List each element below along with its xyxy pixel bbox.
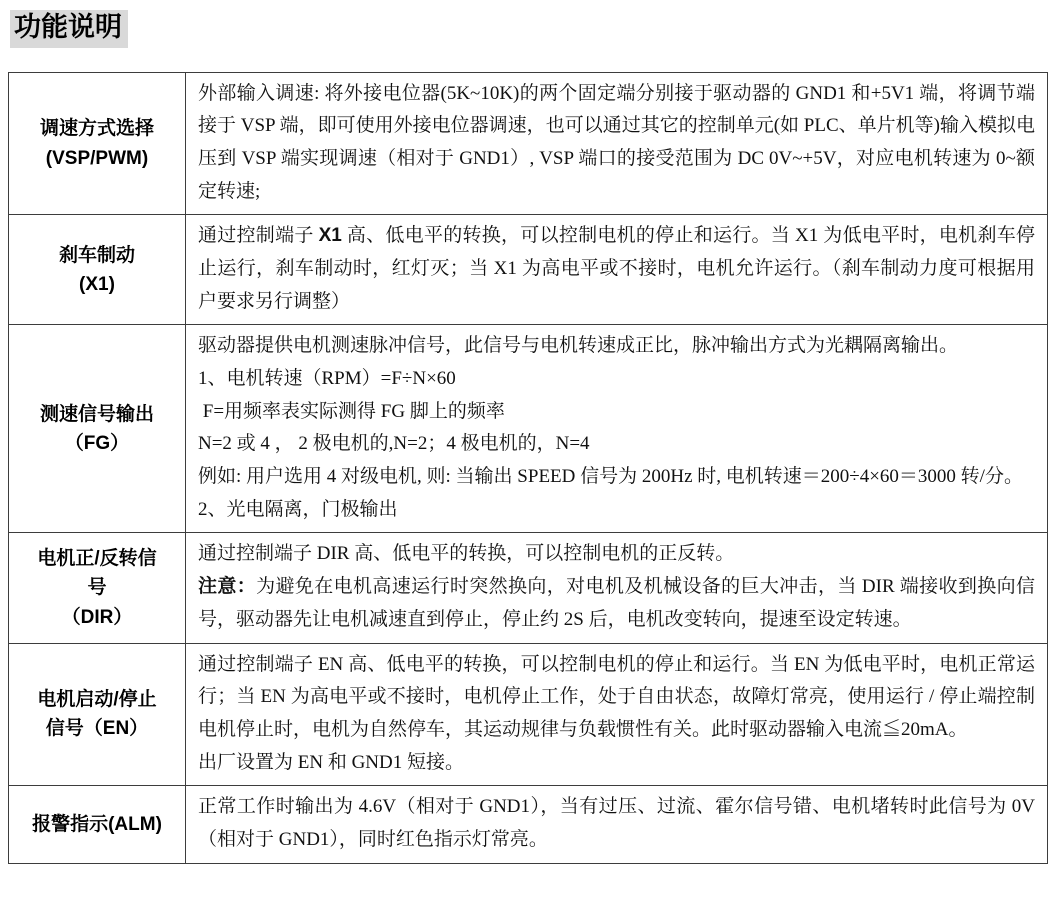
- content-paragraph: 驱动器提供电机测速脉冲信号，此信号与电机转速成正比，脉冲输出方式为光耦隔离输出。: [198, 330, 1035, 363]
- row-content-speed-signal-fg: 驱动器提供电机测速脉冲信号，此信号与电机转速成正比，脉冲输出方式为光耦隔离输出。…: [186, 325, 1048, 533]
- text-segment: 驱动器提供电机测速脉冲信号，此信号与电机转速成正比，脉冲输出方式为光耦隔离输出。: [198, 335, 958, 356]
- table-row: 电机启动/停止信号（EN）通过控制端子 EN 高、低电平的转换，可以控制电机的停…: [9, 643, 1048, 786]
- content-paragraph: 正常工作时输出为 4.6V（相对于 GND1），当有过压、过流、霍尔信号错、电机…: [198, 791, 1035, 856]
- row-content-direction-dir: 通过控制端子 DIR 高、低电平的转换，可以控制电机的正反转。注意：为避免在电机…: [186, 533, 1048, 643]
- content-paragraph: 外部输入调速: 将外接电位器(5K~10K)的两个固定端分别接于驱动器的 GND…: [198, 78, 1035, 209]
- text-segment: 2、光电隔离，门极输出: [198, 499, 398, 520]
- text-segment: 通过控制端子: [198, 225, 319, 246]
- row-label-speed-mode-vsp-pwm: 调速方式选择(VSP/PWM): [9, 72, 186, 215]
- row-label-line: （FG）: [15, 429, 179, 458]
- row-content-brake-x1: 通过控制端子 X1 高、低电平的转换，可以控制电机的停止和运行。当 X1 为低电…: [186, 215, 1048, 325]
- function-description-table: 调速方式选择(VSP/PWM)外部输入调速: 将外接电位器(5K~10K)的两个…: [8, 72, 1048, 864]
- text-segment: 例如: 用户选用 4 对级电机, 则: 当输出 SPEED 信号为 200Hz …: [198, 466, 1023, 487]
- content-paragraph: 例如: 用户选用 4 对级电机, 则: 当输出 SPEED 信号为 200Hz …: [198, 461, 1035, 494]
- table-row: 测速信号输出（FG）驱动器提供电机测速脉冲信号，此信号与电机转速成正比，脉冲输出…: [9, 325, 1048, 533]
- text-segment: 出厂设置为 EN 和 GND1 短接。: [198, 752, 464, 773]
- row-label-line: 电机启动/停止: [15, 685, 179, 714]
- table-row: 刹车制动(X1)通过控制端子 X1 高、低电平的转换，可以控制电机的停止和运行。…: [9, 215, 1048, 325]
- document-page: 功能说明 调速方式选择(VSP/PWM)外部输入调速: 将外接电位器(5K~10…: [0, 0, 1054, 864]
- table-row: 电机正/反转信号（DIR）通过控制端子 DIR 高、低电平的转换，可以控制电机的…: [9, 533, 1048, 643]
- row-label-line: （DIR）: [15, 603, 179, 632]
- page-title: 功能说明: [10, 10, 128, 48]
- row-label-line: 报警指示(ALM): [15, 810, 179, 839]
- row-label-line: 测速信号输出: [15, 400, 179, 429]
- row-label-line: (X1): [15, 270, 179, 299]
- row-label-direction-dir: 电机正/反转信号（DIR）: [9, 533, 186, 643]
- text-segment: 为避免在电机高速运行时突然换向，对电机及机械设备的巨大冲击，当 DIR 端接收到…: [198, 576, 1035, 630]
- row-label-speed-signal-fg: 测速信号输出（FG）: [9, 325, 186, 533]
- bold-text-segment: 注意：: [198, 576, 256, 597]
- content-paragraph: F=用频率表实际测得 FG 脚上的频率: [198, 396, 1035, 429]
- bold-text-segment: X1: [319, 225, 342, 246]
- row-label-start-stop-en: 电机启动/停止信号（EN）: [9, 643, 186, 786]
- content-paragraph: 注意：为避免在电机高速运行时突然换向，对电机及机械设备的巨大冲击，当 DIR 端…: [198, 571, 1035, 636]
- text-segment: N=2 或 4 ， 2 极电机的,N=2；4 极电机的，N=4: [198, 433, 590, 454]
- content-paragraph: 通过控制端子 X1 高、低电平的转换，可以控制电机的停止和运行。当 X1 为低电…: [198, 220, 1035, 318]
- row-label-line: 电机正/反转信: [15, 544, 179, 573]
- row-label-alarm-alm: 报警指示(ALM): [9, 786, 186, 863]
- text-segment: 1、电机转速（RPM）=F÷N×60: [198, 368, 456, 389]
- table-row: 调速方式选择(VSP/PWM)外部输入调速: 将外接电位器(5K~10K)的两个…: [9, 72, 1048, 215]
- content-paragraph: 1、电机转速（RPM）=F÷N×60: [198, 363, 1035, 396]
- text-segment: 正常工作时输出为 4.6V（相对于 GND1），当有过压、过流、霍尔信号错、电机…: [198, 796, 1035, 850]
- text-segment: 通过控制端子 EN 高、低电平的转换，可以控制电机的停止和运行。当 EN 为低电…: [198, 654, 1035, 740]
- row-content-start-stop-en: 通过控制端子 EN 高、低电平的转换，可以控制电机的停止和运行。当 EN 为低电…: [186, 643, 1048, 786]
- row-label-line: 信号（EN）: [15, 714, 179, 743]
- row-label-line: (VSP/PWM): [15, 144, 179, 173]
- content-paragraph: 2、光电隔离，门极输出: [198, 494, 1035, 527]
- table-row: 报警指示(ALM)正常工作时输出为 4.6V（相对于 GND1），当有过压、过流…: [9, 786, 1048, 863]
- row-label-brake-x1: 刹车制动(X1): [9, 215, 186, 325]
- content-paragraph: N=2 或 4 ， 2 极电机的,N=2；4 极电机的，N=4: [198, 428, 1035, 461]
- row-label-line: 号: [15, 573, 179, 602]
- function-table-body: 调速方式选择(VSP/PWM)外部输入调速: 将外接电位器(5K~10K)的两个…: [9, 72, 1048, 863]
- content-paragraph: 通过控制端子 EN 高、低电平的转换，可以控制电机的停止和运行。当 EN 为低电…: [198, 649, 1035, 747]
- text-segment: 通过控制端子 DIR 高、低电平的转换，可以控制电机的正反转。: [198, 543, 734, 564]
- row-content-speed-mode-vsp-pwm: 外部输入调速: 将外接电位器(5K~10K)的两个固定端分别接于驱动器的 GND…: [186, 72, 1048, 215]
- row-content-alarm-alm: 正常工作时输出为 4.6V（相对于 GND1），当有过压、过流、霍尔信号错、电机…: [186, 786, 1048, 863]
- row-label-line: 调速方式选择: [15, 114, 179, 143]
- content-paragraph: 出厂设置为 EN 和 GND1 短接。: [198, 747, 1035, 780]
- text-segment: 外部输入调速: 将外接电位器(5K~10K)的两个固定端分别接于驱动器的 GND…: [198, 83, 1035, 202]
- content-paragraph: 通过控制端子 DIR 高、低电平的转换，可以控制电机的正反转。: [198, 538, 1035, 571]
- row-label-line: 刹车制动: [15, 241, 179, 270]
- text-segment: F=用频率表实际测得 FG 脚上的频率: [198, 401, 505, 422]
